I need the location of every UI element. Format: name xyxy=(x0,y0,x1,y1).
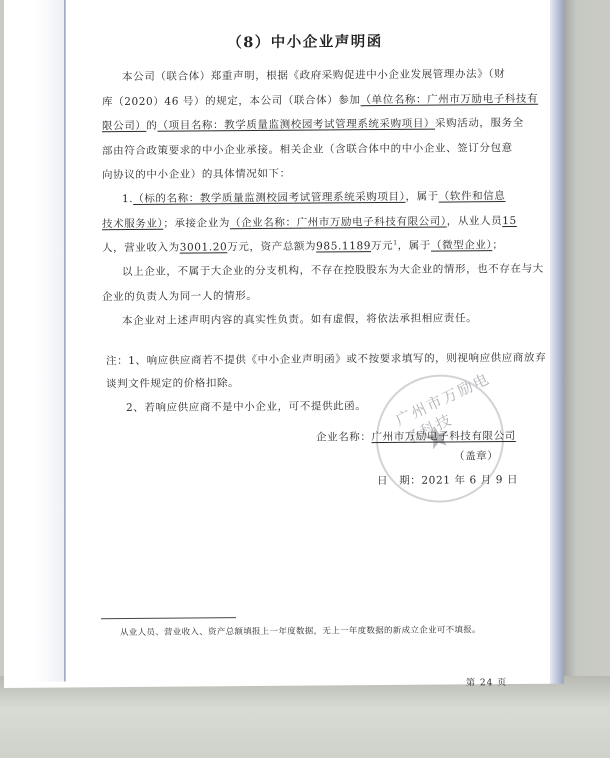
item-1-line-2: 技术服务业）；承接企业为（企业名称：广州市万励电子科技有限公司），从业人员15 xyxy=(102,213,517,231)
text: 人，营业收入为 xyxy=(102,242,180,255)
employee-count-field: 15 xyxy=(502,215,517,227)
industry-field: （软件和信息 xyxy=(439,190,506,203)
page-title: （8）中小企业声明函 xyxy=(0,28,610,54)
text: 库（2020）46 号）的规定，本公司（联合体）参加 xyxy=(102,94,361,108)
text: ，从业人员 xyxy=(447,215,503,227)
paragraph-responsibility: 本企业对上述声明内容的真实性负责。如有虚假，将依法承担相应责任。 xyxy=(122,310,477,328)
company-label: 企业名称： xyxy=(316,431,372,443)
text: ； xyxy=(492,239,503,251)
company-name: 广州市万励电子科技有限公司 xyxy=(372,430,516,443)
paragraph-independence-line-2: 企业的负责人为同一人的情形。 xyxy=(102,288,257,304)
page-content: （8）中小企业声明函 本公司（联合体）郑重声明，根据《政府采购促进中小企业发展管… xyxy=(4,0,550,688)
date-value: 2021 年 6 月 9 日 xyxy=(421,474,518,487)
scan-backdrop-bottom xyxy=(0,676,610,758)
paragraph-declaration-line-2: 库（2020）46 号）的规定，本公司（联合体）参加（单位名称：广州市万励电子科… xyxy=(102,91,538,109)
paragraph-declaration-line-5: 向协议的中小企业）的具体情况如下： xyxy=(102,166,291,182)
date-line: 日 期：2021 年 6 月 9 日 xyxy=(377,472,518,488)
note-2: 2、若响应供应商不是中小企业，可不提供此函。 xyxy=(126,398,366,415)
scan-backdrop-right xyxy=(562,0,610,700)
unit-name-field: （单位名称：广州市万励电子科技有 xyxy=(361,93,539,106)
seal-label: （盖章） xyxy=(454,448,498,463)
paragraph-independence-line-1: 以上企业，不属于大企业的分支机构，不存在控股股东为大企业的情形，也不存在与大 xyxy=(122,261,544,279)
note-1-line-2: 谈判文件规定的价格扣除。 xyxy=(106,375,239,391)
company-signature-line: 企业名称：广州市万励电子科技有限公司 xyxy=(316,428,516,445)
item-1-line-1: 1.（标的名称：教学质量监测校园考试管理系统采购项目），属于（软件和信息 xyxy=(122,188,505,206)
text: ；承接企业为 xyxy=(163,217,230,230)
document-page: （8）中小企业声明函 本公司（联合体）郑重声明，根据《政府采购促进中小企业发展管… xyxy=(4,0,550,688)
paragraph-declaration-line-3: 限公司）的（项目名称：教学质量监测校园考试管理系统采购项目）采购活动，服务全 xyxy=(102,115,524,133)
text: ，属于 xyxy=(405,191,438,203)
footnote-text: 从业人员、营业收入、资产总额填报上一年度数据，无上一年度数据的新成立企业可不填报… xyxy=(120,623,481,638)
note-1-line-1: 注：1、响应供应商若不提供《中小企业声明函》或不按要求填写的，则视响应供应商放弃 xyxy=(106,350,546,368)
item-number: 1. xyxy=(122,193,133,205)
subject-name-field: （标的名称：教学质量监测校园考试管理系统采购项目） xyxy=(133,191,405,205)
enterprise-type-field: （微型企业） xyxy=(431,239,492,251)
text: 的 xyxy=(146,120,157,132)
text: 万元，资产总额为 xyxy=(227,241,316,254)
text: 万元 xyxy=(371,240,393,252)
project-name-field: （项目名称：教学质量监测校园考试管理系统采购项目） xyxy=(158,118,436,132)
page-stack-edge xyxy=(550,0,564,684)
paragraph-declaration-line-1: 本公司（联合体）郑重声明，根据《政府采购促进中小企业发展管理办法》（财 xyxy=(122,66,505,84)
contractor-name-field: （企业名称：广州市万励电子科技有限公司） xyxy=(230,216,447,230)
text: 采购活动，服务全 xyxy=(435,117,524,130)
date-label: 日 期： xyxy=(377,475,421,487)
unit-name-field-cont: 限公司） xyxy=(102,120,146,132)
item-1-line-3: 人，营业收入为3001.20万元，资产总额为985.1189万元1，属于（微型企… xyxy=(102,237,503,255)
industry-field-cont: 技术服务业） xyxy=(102,218,163,230)
paragraph-declaration-line-4: 部由符合政策要求的中小企业承接。相关企业（含联合体中的中小企业、签订分包意 xyxy=(102,140,513,158)
text: ，属于 xyxy=(398,240,431,252)
total-assets-field: 985.1189 xyxy=(316,240,371,252)
footnote-divider xyxy=(101,617,236,619)
page-number: 第 24 页 xyxy=(466,675,507,688)
revenue-field: 3001.20 xyxy=(180,241,228,253)
